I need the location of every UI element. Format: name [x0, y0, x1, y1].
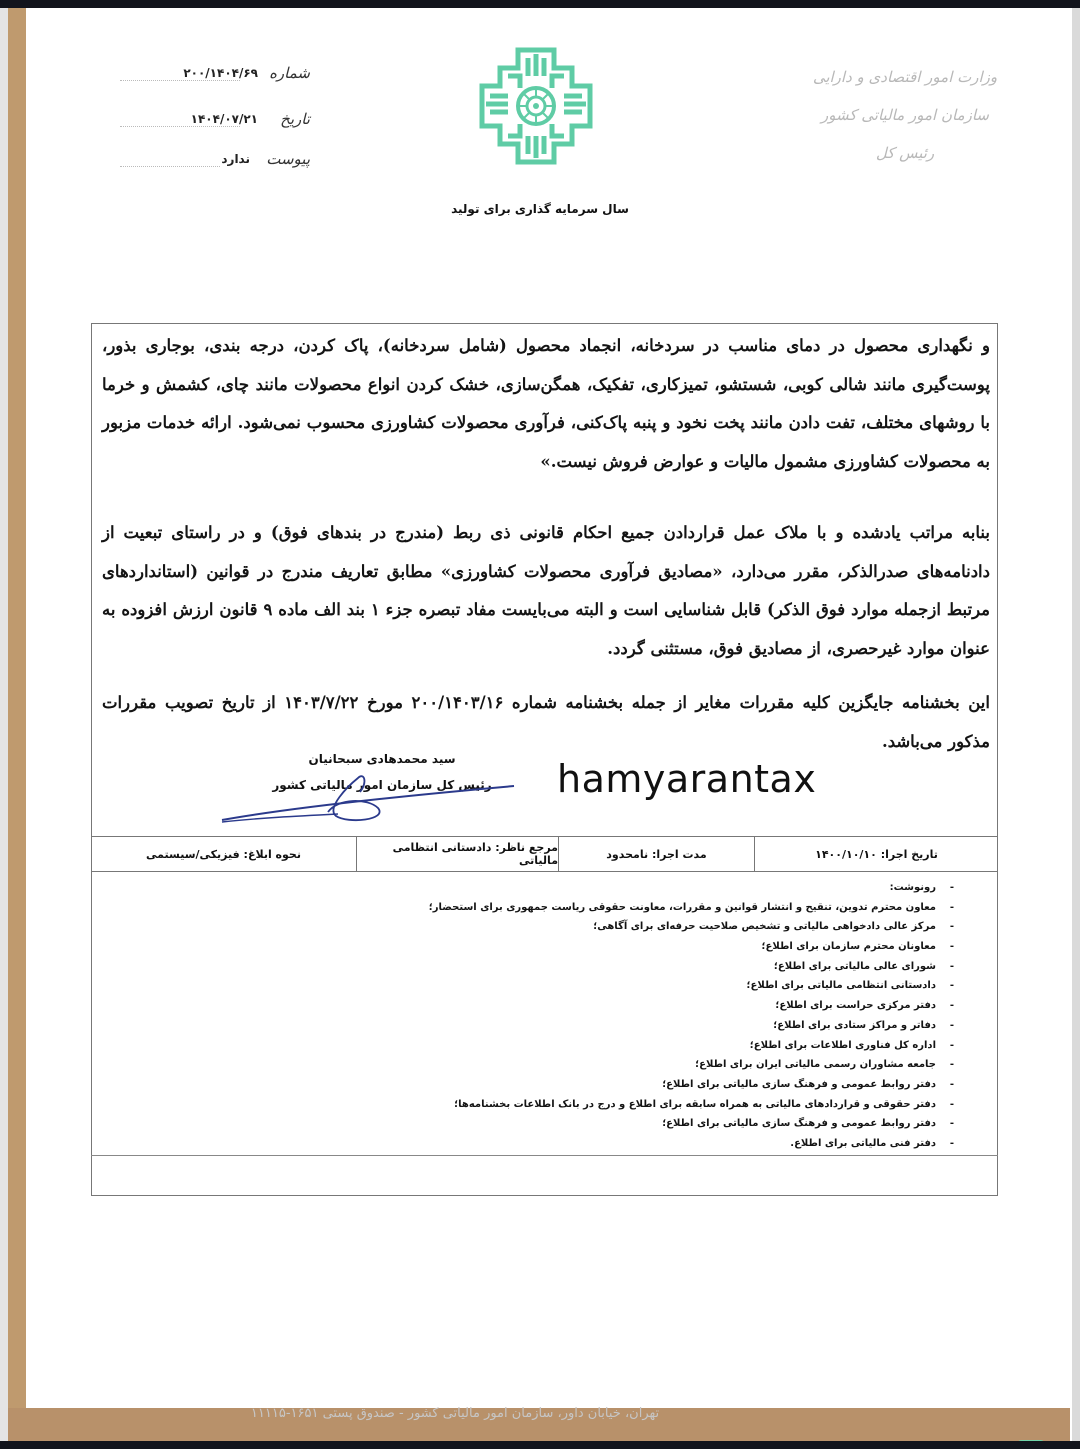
dash-icon: -	[944, 1036, 960, 1056]
dash-icon: -	[944, 1134, 960, 1154]
dotted-line	[120, 80, 240, 81]
dash-icon: -	[944, 1075, 960, 1095]
notification-method: نحوه ابلاغ: فیزیکی/سیستمی	[91, 837, 356, 871]
execution-date: تاریخ اجرا: ۱۴۰۰/۱۰/۱۰	[754, 837, 998, 871]
cc-item: -دفتر فنی مالیاتی برای اطلاع.	[480, 1134, 960, 1154]
bottom-dark-strip	[0, 1441, 1080, 1449]
tax-organization-logo-icon	[478, 46, 594, 166]
cc-item: -دادستانی انتظامی مالیاتی برای اطلاع؛	[480, 976, 960, 996]
cc-item: -رونوشت:	[480, 878, 960, 898]
cc-item: -دفاتر و مراکز ستادی برای اطلاع؛	[480, 1016, 960, 1036]
watermark-text: hamyarantax	[557, 757, 816, 801]
slogan: سال سرمایه گذاری برای تولید	[400, 202, 680, 216]
dash-icon: -	[944, 937, 960, 957]
execution-period: مدت اجرا: نامحدود	[558, 837, 754, 871]
dash-icon: -	[944, 1055, 960, 1075]
dash-icon: -	[944, 1114, 960, 1134]
top-dark-strip	[0, 0, 1080, 8]
kraft-paper-border-left	[8, 8, 26, 1441]
body-paragraph-3: این بخشنامه جایگزین کلیه مقررات مغایر از…	[102, 684, 990, 761]
cc-item: -اداره کل فناوری اطلاعات برای اطلاع؛	[480, 1036, 960, 1056]
organization-name: سازمان امور مالیاتی کشور	[800, 96, 1010, 134]
dash-icon: -	[944, 1095, 960, 1115]
signature-icon	[218, 768, 518, 828]
right-edge	[1072, 8, 1080, 1441]
dash-icon: -	[944, 898, 960, 918]
cc-item: -معاون محترم تدوین، تنقیح و انتشار قوانی…	[480, 898, 960, 918]
dash-icon: -	[944, 957, 960, 977]
cc-item: -دفتر مرکزی حراست برای اطلاع؛	[480, 996, 960, 1016]
dash-icon: -	[944, 976, 960, 996]
cc-item: -دفتر حقوقی و قراردادهای مالیاتی به همرا…	[480, 1095, 960, 1115]
letter-attachment-label: پیوست	[266, 150, 310, 168]
cc-item: -دفتر روابط عمومی و فرهنگ سازی مالیاتی ب…	[480, 1075, 960, 1095]
body-paragraph-1: و نگهداری محصول در دمای مناسب در سردخانه…	[102, 327, 990, 481]
letter-number-label: شماره	[269, 64, 310, 82]
letter-date-label: تاریخ	[280, 110, 310, 128]
letter-attachment: پیوست ندارد	[120, 150, 310, 176]
dash-icon: -	[944, 917, 960, 937]
dash-icon: -	[944, 996, 960, 1016]
dotted-line	[120, 166, 220, 167]
ministry-header: وزارت امور اقتصادی و دارایی سازمان امور …	[800, 58, 1010, 172]
letter-attachment-value: ندارد	[221, 152, 250, 166]
ministry-name: وزارت امور اقتصادی و دارایی	[800, 58, 1010, 96]
divider	[91, 1155, 998, 1156]
footer-address: تهران، خیابان داور، سازمان امور مالیاتی …	[160, 1406, 750, 1421]
body-paragraph-2: بنابه مراتب یادشده و با ملاک عمل قرارداد…	[102, 514, 990, 668]
cc-item: -معاونان محترم سازمان برای اطلاع؛	[480, 937, 960, 957]
letter-date-value: ۱۴۰۴/۰۷/۲۱	[191, 112, 258, 126]
cc-item: -دفتر روابط عمومی و فرهنگ سازی مالیاتی ب…	[480, 1114, 960, 1134]
supervising-authority: مرجع ناظر: دادستانی انتظامی مالیاتی	[356, 837, 558, 871]
dash-icon: -	[944, 1016, 960, 1036]
cc-item: -شورای عالی مالیاتی برای اطلاع؛	[480, 957, 960, 977]
letter-number-value: ۲۰۰/۱۴۰۴/۶۹	[183, 66, 258, 80]
office-name: رئیس کل	[800, 134, 1010, 172]
cc-list: -رونوشت: -معاون محترم تدوین، تنقیح و انت…	[480, 878, 960, 1154]
cc-item: -جامعه مشاوران رسمی مالیاتی ایران برای ا…	[480, 1055, 960, 1075]
dotted-line	[120, 126, 240, 127]
cc-item: -مرکز عالی دادخواهی مالیاتی و تشخیص صلاح…	[480, 917, 960, 937]
letter-number: شماره ۲۰۰/۱۴۰۴/۶۹	[120, 64, 310, 90]
execution-info-row: تاریخ اجرا: ۱۴۰۰/۱۰/۱۰ مدت اجرا: نامحدود…	[91, 836, 998, 872]
dash-icon: -	[944, 878, 960, 898]
left-edge	[0, 8, 8, 1441]
letter-date: تاریخ ۱۴۰۴/۰۷/۲۱	[120, 110, 310, 136]
